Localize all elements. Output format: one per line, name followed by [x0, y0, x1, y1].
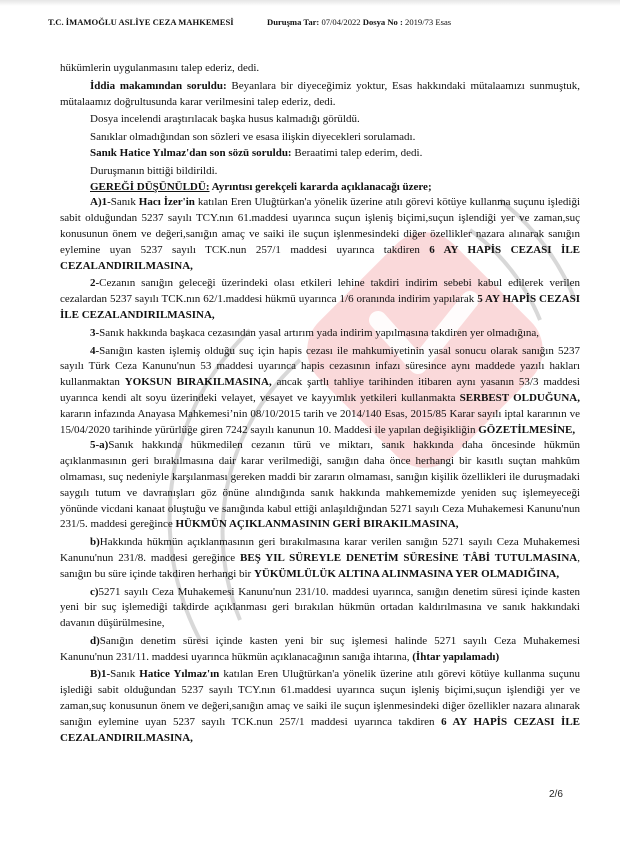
- verdict-b1: B)1-Sanık Hatice Yılmaz'ın katılan Eren …: [60, 667, 580, 746]
- hearing-date-label: Duruşma Tar:: [267, 17, 319, 27]
- verdict-a4: 4-Sanığın kasten işlemiş olduğu suç için…: [60, 344, 580, 439]
- paragraph: Dosya incelendi araştırılacak başka husu…: [60, 112, 580, 128]
- page-top-shadow: [0, 0, 620, 6]
- verdict-a1: A)1-Sanık Hacı İzer'in katılan Eren Uluğ…: [60, 195, 580, 274]
- paragraph: Duruşmanın bittiği bildirildi.: [60, 164, 580, 180]
- paragraph-prosecution: İddia makamından soruldu: Beyanlara bir …: [60, 79, 580, 111]
- paragraph: hükümlerin uygulanmasını talep ederiz, d…: [60, 61, 580, 77]
- verdict-a5b: b)Hakkında hükmün açıklanmasının geri bı…: [60, 535, 580, 582]
- verdict-a5a: 5-a)Sanık hakkında hükmedilen cezanın tü…: [60, 438, 580, 533]
- paragraph-last-word: Sanık Hatice Yılmaz'dan son sözü soruldu…: [60, 146, 580, 162]
- court-name: T.C. İMAMOĞLU ASLİYE CEZA MAHKEMESİ: [48, 17, 234, 27]
- verdict-a5d: d)Sanığın denetim süresi içinde kasten y…: [60, 634, 580, 666]
- case-meta: Duruşma Tar: 07/04/2022 Dosya No : 2019/…: [267, 17, 451, 27]
- page-number: 2/6: [549, 789, 563, 800]
- file-number: 2019/73 Esas: [405, 17, 451, 27]
- verdict-a5c: c)5271 sayılı Ceza Muhakemesi Kanunu'nun…: [60, 585, 580, 632]
- paragraph: Sanıklar olmadığından son sözleri ve esa…: [60, 130, 580, 146]
- verdict-a3: 3-Sanık hakkında başkaca cezasından yasa…: [60, 326, 580, 342]
- verdict-a2: 2-Cezanın sanığın geleceği üzerindeki ol…: [60, 276, 580, 323]
- document-body: hükümlerin uygulanmasını talep ederiz, d…: [60, 61, 580, 746]
- verdict-heading: GEREĞİ DÜŞÜNÜLDÜ: Ayrıntısı gerekçeli ka…: [60, 180, 580, 196]
- hearing-date: 07/04/2022: [321, 17, 360, 27]
- file-number-label: Dosya No :: [363, 17, 403, 27]
